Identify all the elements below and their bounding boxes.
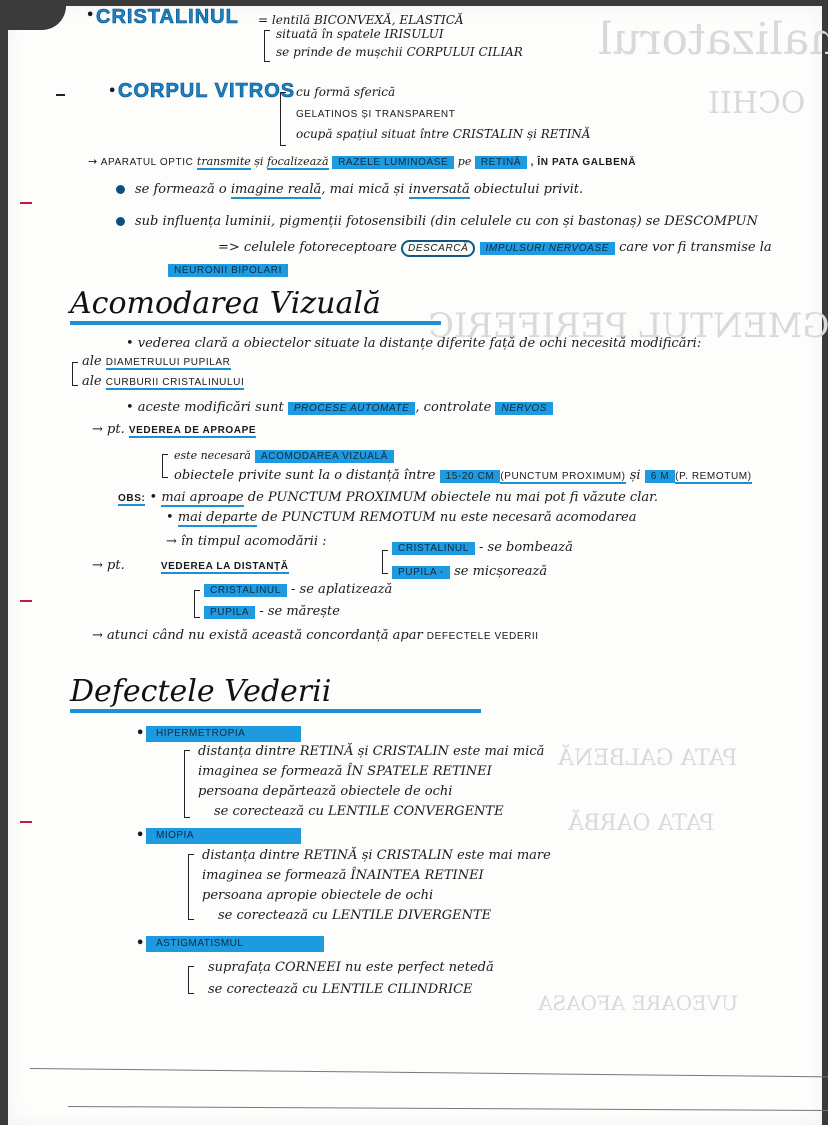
heading-acomodarea: Acomodarea Vizuală bbox=[70, 286, 441, 325]
bleed-through-text: OCHII bbox=[708, 86, 805, 121]
bracket bbox=[184, 750, 190, 818]
modificari-line: • aceste modificări sunt PROCESE AUTOMAT… bbox=[126, 400, 553, 417]
bracket bbox=[188, 854, 194, 920]
vitros-point: ocupă spațiul situat între CRISTALIN și … bbox=[296, 126, 590, 142]
defect-point: imaginea se formează ÎNAINTEA RETINEI bbox=[202, 868, 484, 884]
defect-label-miopia: MIOPIA bbox=[146, 828, 301, 844]
highlight: NERVOS bbox=[495, 402, 553, 415]
necesara-line: este necesară ACOMODAREA VIZUALĂ bbox=[174, 448, 394, 465]
neuronii-line: NEURONII BIPOLARI bbox=[168, 262, 288, 279]
bracket bbox=[280, 92, 286, 146]
acomodarea-intro: • vederea clară a obiectelor situate la … bbox=[126, 336, 701, 352]
defect-label-astigmatismul: ASTIGMATISMUL bbox=[146, 936, 324, 952]
highlight: ACOMODAREA VIZUALĂ bbox=[255, 450, 394, 463]
page-corner bbox=[8, 6, 66, 30]
bracket bbox=[264, 30, 270, 62]
defect-point: se corectează cu LENTILE CONVERGENTE bbox=[214, 804, 504, 820]
obs-line-1: OBS: • mai aproape de PUNCTUM PROXIMUM o… bbox=[118, 490, 658, 507]
bracket bbox=[382, 550, 388, 574]
distanta-line: → pt. VEDEREA LA DISTANȚĂ bbox=[92, 558, 289, 575]
margin-mark-red bbox=[20, 600, 32, 602]
highlight: 15-20 cm bbox=[440, 470, 501, 483]
margin-mark-red bbox=[20, 821, 32, 823]
cristalinul-point: se prinde de mușchii CORPULUI CILIAR bbox=[276, 44, 523, 60]
defect-point: persoana depărtează obiectele de ochi bbox=[198, 784, 452, 800]
highlight: 6 m bbox=[645, 470, 675, 483]
timpul-line: → în timpul acomodării : bbox=[166, 534, 327, 550]
highlight: IMPULSURI NERVOASE bbox=[480, 242, 615, 255]
notebook-page: Analizatorul OCHII 1. SEGMENTUL PERIFERI… bbox=[8, 6, 822, 1125]
bleed-through-text: PATA GALBENĂ bbox=[558, 746, 737, 771]
micsoreaza-line: PUPILA - se micșorează bbox=[392, 564, 547, 581]
term-corpul-vitros: CORPUL VITROS bbox=[118, 80, 295, 103]
atunci-line: → atunci când nu există această concorda… bbox=[92, 628, 539, 645]
highlight: PUPILA - bbox=[392, 566, 450, 579]
highlight: PUPILA bbox=[204, 606, 255, 619]
aparatul-bullet-2: sub influența luminii, pigmenții fotosen… bbox=[116, 214, 758, 230]
bracket bbox=[72, 362, 78, 386]
defect-label-hipermetropia: HIPERMETROPIA bbox=[146, 726, 301, 742]
highlight: PROCESE AUTOMATE bbox=[288, 402, 416, 415]
aparatul-bullet-1: se formează o imagine reală, mai mică și… bbox=[116, 182, 583, 198]
defect-point: imaginea se formează ÎN SPATELE RETINEI bbox=[198, 764, 492, 780]
highlight: RAZELE LUMINOASE bbox=[332, 156, 454, 169]
margin-mark bbox=[56, 94, 65, 96]
aplatizeaza-line: CRISTALINUL - se aplatizează bbox=[204, 582, 392, 599]
term-cristalinul: CRISTALINUL bbox=[96, 6, 239, 29]
highlight: NEURONII BIPOLARI bbox=[168, 264, 288, 277]
defect-point: persoana apropie obiectele de ochi bbox=[202, 888, 433, 904]
defect-point: se corectează cu LENTILE CILINDRICE bbox=[208, 982, 473, 998]
vitros-point: GELATINOS și TRANSPARENT bbox=[296, 107, 455, 123]
circled-word: DESCARCĂ bbox=[401, 240, 475, 257]
aparatul-optic-line: → APARATUL OPTIC transmite și focalizeaz… bbox=[88, 154, 636, 171]
ale-line: ale CURBURII CRISTALINULUI bbox=[82, 374, 244, 391]
page-edge-line bbox=[30, 1068, 828, 1077]
bleed-through-text: UVEOARE AFOASA bbox=[538, 991, 738, 1015]
defect-point: distanța dintre RETINĂ și CRISTALIN este… bbox=[198, 744, 544, 760]
bombeaza-line: CRISTALINUL - se bombează bbox=[392, 540, 573, 557]
highlight: RETINĂ bbox=[475, 156, 527, 169]
obs-line-2: • mai departe de PUNCTUM REMOTUM nu este… bbox=[166, 510, 636, 526]
mareste-line: PUPILA - se mărește bbox=[204, 604, 340, 621]
obiectele-line: obiectele privite sunt la o distanță înt… bbox=[174, 468, 752, 485]
bleed-through-text: PATA OARBĂ bbox=[568, 811, 714, 836]
aparatul-bullet-2-cont: => celulele fotoreceptoare DESCARCĂ IMPU… bbox=[218, 240, 772, 257]
bracket bbox=[162, 454, 168, 478]
highlight: CRISTALINUL bbox=[204, 584, 287, 597]
defect-bullet: • bbox=[136, 936, 144, 952]
vitros-point: cu formă sferică bbox=[296, 84, 395, 100]
defect-point: se corectează cu LENTILE DIVERGENTE bbox=[218, 908, 491, 924]
aproape-line: → pt. VEDEREA DE APROAPE bbox=[92, 422, 256, 439]
page-edge-line bbox=[68, 1106, 828, 1111]
cristalinul-point: situată în spatele IRISULUI bbox=[276, 26, 444, 42]
bracket bbox=[194, 590, 200, 618]
bleed-through-text: Analizatorul bbox=[598, 14, 828, 65]
bracket bbox=[188, 966, 194, 994]
vitros-bullet: • bbox=[108, 84, 116, 100]
highlight: CRISTALINUL bbox=[392, 542, 475, 555]
ale-line: ale DIAMETRULUI PUPILAR bbox=[82, 354, 231, 371]
defect-point: distanța dintre RETINĂ și CRISTALIN este… bbox=[202, 848, 551, 864]
heading-defectele: Defectele Vederii bbox=[70, 674, 481, 713]
defect-bullet: • bbox=[136, 726, 144, 742]
defect-point: suprafața CORNEEI nu este perfect netedă bbox=[208, 960, 494, 976]
defect-bullet: • bbox=[136, 828, 144, 844]
margin-mark-red bbox=[20, 202, 32, 204]
cristalinul-bullet: • bbox=[86, 8, 94, 24]
